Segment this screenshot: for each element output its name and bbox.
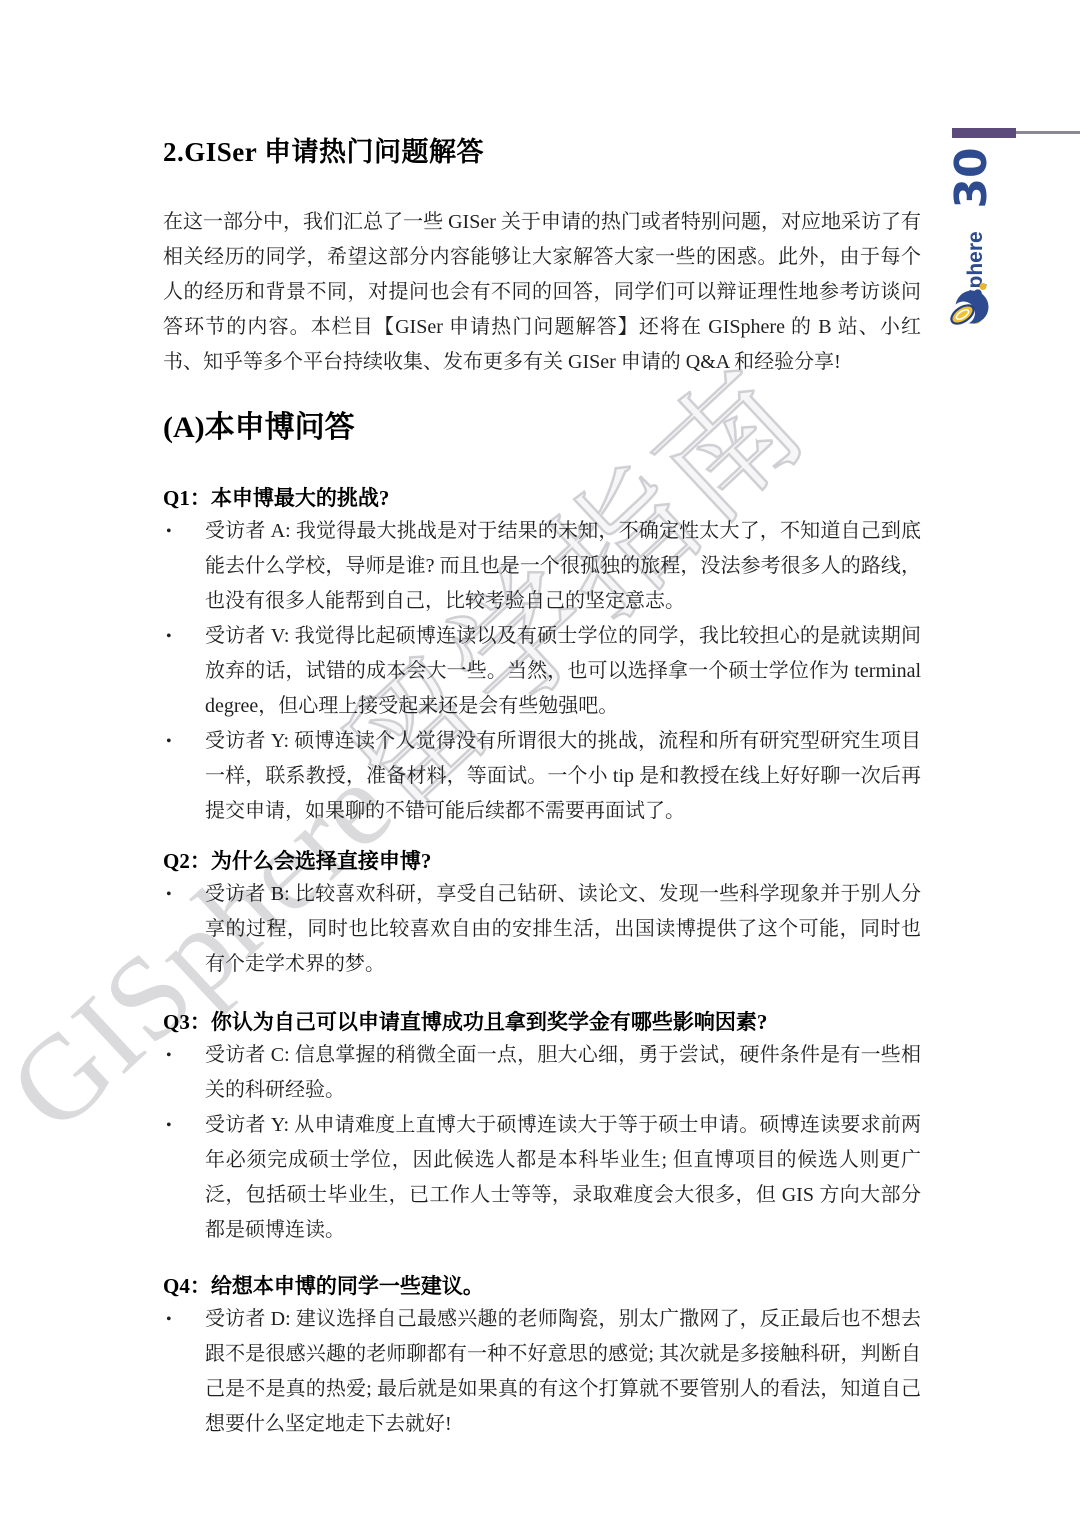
intro-paragraph: 在这一部分中，我们汇总了一些 GISer 关于申请的热门或者特别问题，对应地采访… [163,205,921,380]
section-title: (A)本申博问答 [163,408,921,448]
bullet-marker: • [163,1108,205,1143]
question-q4: Q4：给想本申博的同学一些建议。 [163,1272,921,1300]
header-accent-line [1016,131,1080,134]
answer-item: • 受访者 B: 比较喜欢科研，享受自己钻研、读论文、发现一些科学现象并于别人分… [163,877,921,982]
qa-block-q4: Q4：给想本申博的同学一些建议。 • 受访者 D: 建议选择自己最感兴趣的老师陶… [163,1272,921,1442]
answer-item: • 受访者 V: 我觉得比起硕博连读以及有硕士学位的同学，我比较担心的是就读期间… [163,619,921,724]
gisphere-logo-icon [947,282,991,328]
bullet-marker: • [163,514,205,549]
bullet-marker: • [163,1038,205,1073]
question-q2: Q2：为什么会选择直接申博? [163,847,921,875]
answer-text: 受访者 V: 我觉得比起硕博连读以及有硕士学位的同学，我比较担心的是就读期间放弃… [205,619,921,724]
answer-text: 受访者 C: 信息掌握的稍微全面一点，胆大心细，勇于尝试，硬件条件是有一些相关的… [205,1038,921,1108]
answer-text: 受访者 Y: 从申请难度上直博大于硕博连读大于等于硕士申请。硕博连读要求前两年必… [205,1108,921,1248]
answer-item: • 受访者 C: 信息掌握的稍微全面一点，胆大心细，勇于尝试，硬件条件是有一些相… [163,1038,921,1108]
page-number: 30 [948,144,996,212]
header-accent-bar [952,128,1016,138]
bullet-marker: • [163,724,205,759]
answer-item: • 受访者 A: 我觉得最大挑战是对于结果的未知，不确定性太大了，不知道自己到底… [163,514,921,619]
answer-text: 受访者 B: 比较喜欢科研，享受自己钻研、读论文、发现一些科学现象并于别人分享的… [205,877,921,982]
chapter-title: 2.GISer 申请热门问题解答 [163,136,921,169]
answer-text: 受访者 D: 建议选择自己最感兴趣的老师陶瓷，别太广撒网了，反正最后也不想去跟不… [205,1302,921,1442]
qa-block-q1: Q1：本申博最大的挑战? • 受访者 A: 我觉得最大挑战是对于结果的未知，不确… [163,484,921,829]
answer-item: • 受访者 Y: 硕博连读个人觉得没有所谓很大的挑战，流程和所有研究型研究生项目… [163,724,921,829]
qa-block-q3: Q3：你认为自己可以申请直博成功且拿到奖学金有哪些影响因素? • 受访者 C: … [163,1008,921,1248]
answer-item: • 受访者 Y: 从申请难度上直博大于硕博连读大于等于硕士申请。硕博连读要求前两… [163,1108,921,1248]
qa-block-q2: Q2：为什么会选择直接申博? • 受访者 B: 比较喜欢科研，享受自己钻研、读论… [163,847,921,982]
bullet-marker: • [163,877,205,912]
answer-item: • 受访者 D: 建议选择自己最感兴趣的老师陶瓷，别太广撒网了，反正最后也不想去… [163,1302,921,1442]
page-content: 2.GISer 申请热门问题解答 在这一部分中，我们汇总了一些 GISer 关于… [163,136,921,1442]
question-q3: Q3：你认为自己可以申请直博成功且拿到奖学金有哪些影响因素? [163,1008,921,1036]
bullet-marker: • [163,1302,205,1337]
document-page: GISphere留学指南 30 GISphere 2.GISer 申请热门问题解… [0,0,1080,1527]
question-q1: Q1：本申博最大的挑战? [163,484,921,512]
bullet-marker: • [163,619,205,654]
answer-text: 受访者 A: 我觉得最大挑战是对于结果的未知，不确定性太大了，不知道自己到底能去… [205,514,921,619]
answer-text: 受访者 Y: 硕博连读个人觉得没有所谓很大的挑战，流程和所有研究型研究生项目一样… [205,724,921,829]
